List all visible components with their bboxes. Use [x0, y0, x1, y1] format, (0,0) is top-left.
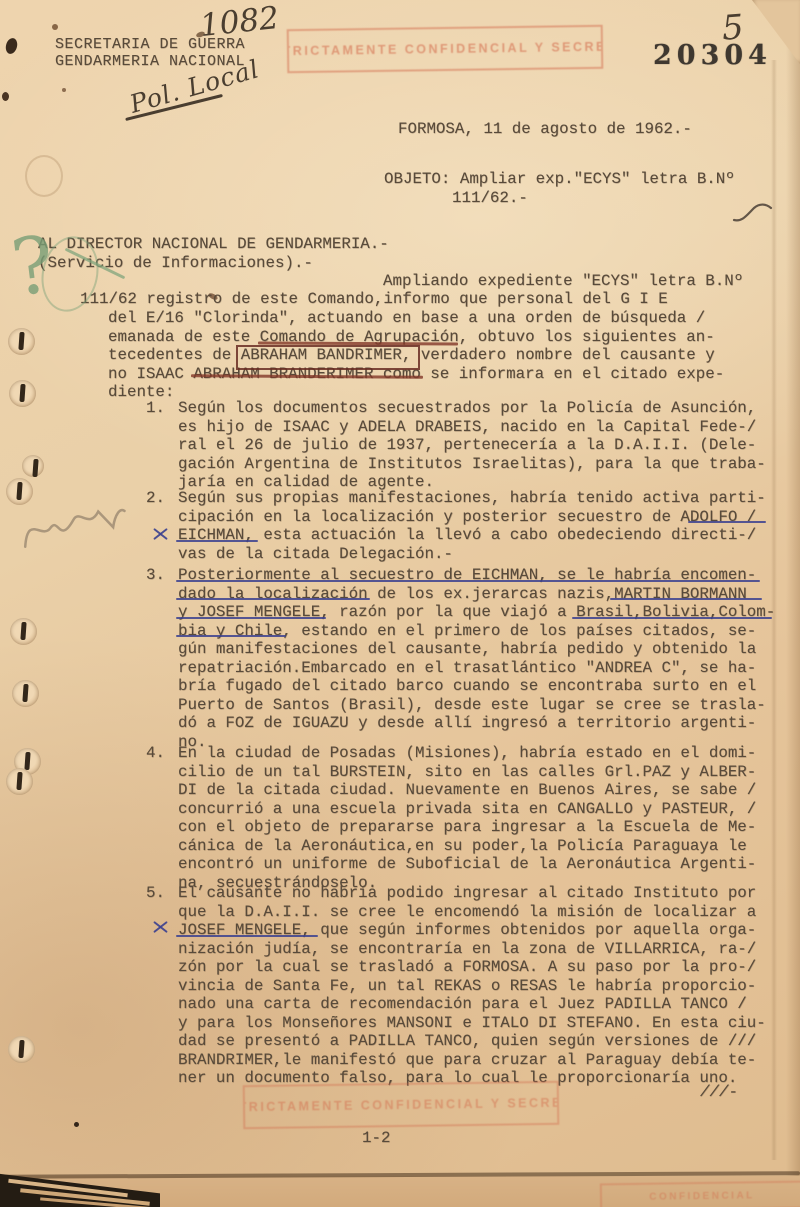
red-box-abraham-bandrimer — [236, 345, 420, 370]
intro-outdent-line: 111/62 registro de este Comando,informo … — [80, 290, 668, 309]
binder-hole — [8, 1036, 35, 1063]
item-2-number: 2. — [146, 489, 165, 508]
ink-stain — [4, 37, 19, 55]
paper-smudge — [25, 155, 63, 197]
confidential-stamp-bottom: ESTRICTAMENTE CONFIDENCIAL Y SECRETO — [243, 1081, 560, 1129]
blue-underline-dado-localizacion — [176, 598, 370, 600]
subject-line1: OBJETO: Ampliar exp."ECYS" letra B.Nº — [384, 170, 735, 189]
intro-indent-line: Ampliando expediente "ECYS" letra B.Nº — [383, 272, 743, 291]
item-1-number: 1. — [146, 399, 165, 418]
dateline: FORMOSA, 11 de agosto de 1962.- — [398, 120, 692, 139]
item-5-number: 5. — [146, 884, 165, 903]
binder-hole — [10, 618, 37, 645]
ink-stain — [2, 92, 9, 101]
ink-stain — [52, 24, 58, 30]
blue-underline-martin-bormann — [610, 598, 762, 600]
registry-number-stamp: 20304 — [653, 40, 772, 71]
confidential-stamp-top: ESTRICTAMENTE CONFIDENCIAL Y SECRETO — [287, 25, 604, 73]
item-1-text: Según los documentos secuestrados por la… — [178, 399, 766, 492]
confidential-stamp-under-sheet: CONFIDENCIAL — [600, 1181, 800, 1207]
item-3-number: 3. — [146, 566, 165, 585]
blue-underline-adolfo — [688, 521, 766, 523]
blue-underline-bia-chile — [176, 635, 286, 637]
binder-hole — [22, 455, 44, 477]
blue-x-mark-mengele — [153, 920, 168, 935]
item-2-text: Según sus propias manifestaciones, habrí… — [178, 489, 766, 563]
blue-x-mark-eichman — [153, 527, 168, 542]
page-right-edge — [786, 0, 800, 1207]
blue-underline-josef-mengele-item5 — [176, 935, 318, 937]
item-5-text: El causante no habría podido ingresar al… — [178, 884, 766, 1088]
binder-hole — [12, 680, 39, 707]
binder-hole — [6, 768, 33, 795]
subject-line2: 111/62.- — [452, 189, 528, 208]
scanned-document-page: SECRETARIA DE GUERRA GENDARMERIA NACIONA… — [0, 0, 800, 1207]
blue-underline-josef-mengele-item3 — [176, 617, 326, 619]
blue-underline-item3-line1 — [176, 580, 760, 582]
handwritten-number-1082: 1082 — [198, 0, 280, 44]
ink-stain — [62, 88, 66, 92]
ink-stain — [74, 1122, 79, 1127]
binder-hole — [9, 380, 36, 407]
binder-hole — [8, 328, 35, 355]
item-3-text: Posteriormente al secuestro de EICHMAN, … — [178, 566, 775, 751]
checkmark-stroke — [732, 200, 774, 226]
continuation-mark: ///- — [700, 1083, 738, 1102]
page-footer-number: 1-2 — [362, 1129, 390, 1148]
item-4-text: En la ciudad de Posadas (Misiones), habr… — [178, 744, 756, 892]
blue-underline-brasil-bolivia — [572, 617, 772, 619]
item-4-number: 4. — [146, 744, 165, 763]
blue-underline-eichman-item2 — [176, 540, 258, 542]
